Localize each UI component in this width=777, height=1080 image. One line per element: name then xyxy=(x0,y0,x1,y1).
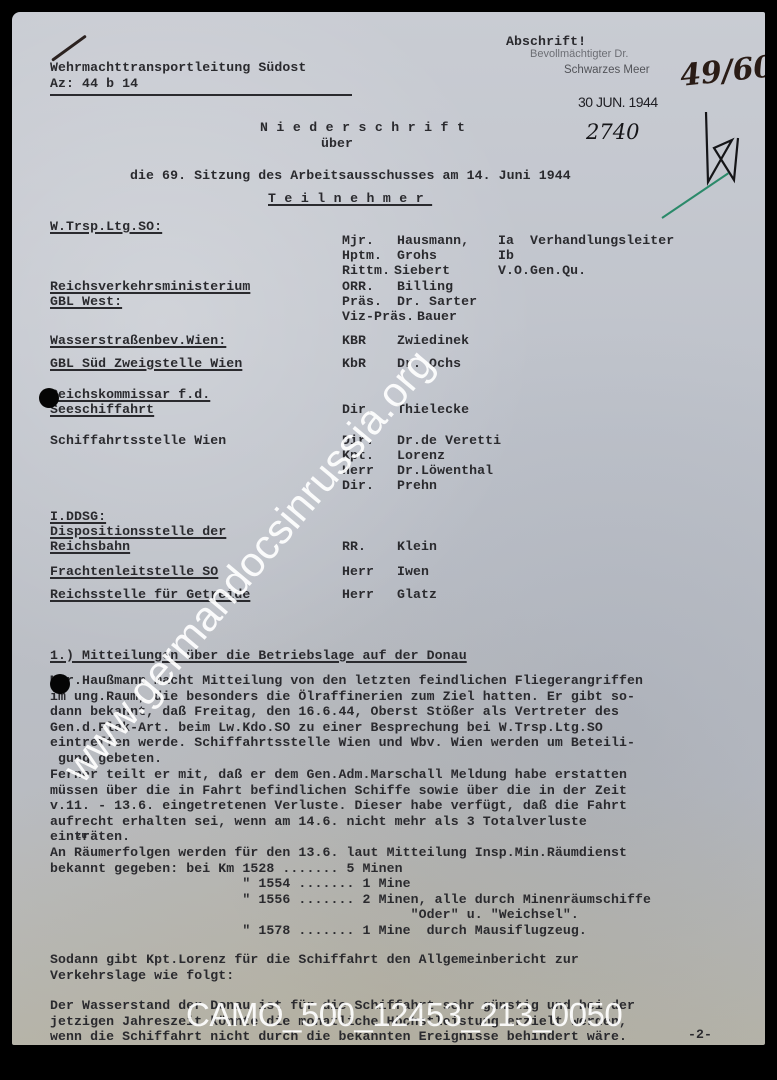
rank: ORR. xyxy=(342,279,374,295)
body-line: " 1578 ....... 1 Mine durch Mausiflugzeu… xyxy=(50,923,587,939)
body-line: v.11. - 13.6. eingetretenen Verluste. Di… xyxy=(50,798,627,814)
person-role: Ib xyxy=(498,248,514,264)
stamp-line2: Schwarzes Meer xyxy=(564,64,650,76)
rank: Hptm. xyxy=(342,248,382,264)
rank: KBR xyxy=(342,333,366,349)
person-name: Grohs xyxy=(397,248,437,264)
org-frachtenleitstelle: Frachtenleitstelle SO xyxy=(50,564,218,580)
person-name: Lorenz xyxy=(397,448,445,464)
person-name: Billing xyxy=(397,279,453,295)
person-name: Prehn xyxy=(397,478,437,494)
page-number: -2- xyxy=(688,1027,712,1043)
rank: RR. xyxy=(342,539,366,555)
org-reichskommissar-2: Seeschiffahrt xyxy=(50,402,154,418)
body-line: Ferner teilt er mit, daß er dem Gen.Adm.… xyxy=(50,767,627,783)
punch-hole xyxy=(50,674,70,694)
rank: Präs. xyxy=(342,294,382,310)
document-title: Niederschrift xyxy=(260,120,473,136)
header-rule xyxy=(50,94,352,96)
person-name: Dr.Löwenthal xyxy=(397,463,493,479)
person-name: Glatz xyxy=(397,587,437,603)
org-wtrsp: W.Trsp.Ltg.SO: xyxy=(50,219,162,235)
received-date-stamp: 30 JUN. 1944 xyxy=(578,94,658,110)
rank: KbR xyxy=(342,356,366,372)
rank: Rittm. xyxy=(342,263,390,279)
participants-heading: Teilnehmer xyxy=(268,191,432,207)
body-line: bekannt gegeben: bei Km 1528 ....... 5 M… xyxy=(50,861,403,877)
title-sub: über xyxy=(321,136,353,152)
person-name: Iwen xyxy=(397,564,429,580)
org-ddsg-3: Reichsbahn xyxy=(50,539,130,555)
archive-id-watermark: CAMO_500_12453_213_0050 xyxy=(186,996,622,1034)
org-wasserstrassen: Wasserstraßenbev.Wien: xyxy=(50,333,226,349)
person-name: Siebert xyxy=(394,263,450,279)
file-reference: Az: 44 b 14 xyxy=(50,76,138,92)
green-pencil-mark xyxy=(661,172,728,218)
body-line: Verkehrslage wie folgt: xyxy=(50,968,234,984)
body-line: müssen über die in Fahrt befindlichen Sc… xyxy=(50,783,627,799)
handwritten-annotation: 49/60 xyxy=(678,49,765,94)
org-gbl-sued: GBL Süd Zweigstelle Wien xyxy=(50,356,242,372)
body-line: "Oder" u. "Weichsel". xyxy=(50,907,579,923)
org-rvm-2: GBL West: xyxy=(50,294,122,310)
stamp-line1: Bevollmächtigter Dr. xyxy=(530,48,628,60)
person-role: V.O.Gen.Qu. xyxy=(498,263,586,279)
person-name: Dr.de Veretti xyxy=(397,433,501,449)
document-page: Wehrmachttransportleitung Südost Az: 44 … xyxy=(12,12,765,1045)
org-ddsg-2: Dispositionsstelle der xyxy=(50,524,226,540)
body-line: einträten. xyxy=(50,829,130,845)
pen-mark xyxy=(51,35,87,62)
interlinear-note: zu xyxy=(76,829,87,845)
body-line: An Räumerfolgen werden für den 13.6. lau… xyxy=(50,845,627,861)
body-line: aufrecht erhalten sei, wenn am 14.6. nic… xyxy=(50,814,587,830)
org-ddsg: I.DDSG: xyxy=(50,509,106,525)
person-name: Klein xyxy=(397,539,437,555)
body-line: " 1556 ....... 2 Minen, alle durch Minen… xyxy=(50,892,651,908)
person-name: Bauer xyxy=(417,309,457,325)
organization-header: Wehrmachttransportleitung Südost xyxy=(50,60,306,76)
org-reichskommissar: Reichskommissar f.d. xyxy=(50,387,210,403)
body-line: eintreffen werde. Schiffahrtsstelle Wien… xyxy=(50,735,635,751)
rank: Herr xyxy=(342,587,374,603)
meeting-line: die 69. Sitzung des Arbeitsausschusses a… xyxy=(130,168,571,184)
person-name: Hausmann, xyxy=(397,233,469,249)
person-name: Dr. Sarter xyxy=(397,294,477,310)
rank: Herr xyxy=(342,564,374,580)
person-role: Ia Verhandlungsleiter xyxy=(498,233,674,249)
rank: Mjr. xyxy=(342,233,374,249)
org-rvm: Reichsverkehrsministerium xyxy=(50,279,250,295)
org-schiffahrtsstelle: Schiffahrtsstelle Wien xyxy=(50,433,226,449)
section-heading: 1.) Mitteilungen über die Betriebslage a… xyxy=(50,648,467,664)
handwritten-number: 2740 xyxy=(586,120,639,144)
punch-hole xyxy=(39,388,59,408)
body-line: " 1554 ....... 1 Mine xyxy=(50,876,411,892)
rank: Viz-Präs. xyxy=(342,309,414,325)
body-line: Sodann gibt Kpt.Lorenz für die Schiffahr… xyxy=(50,952,579,968)
